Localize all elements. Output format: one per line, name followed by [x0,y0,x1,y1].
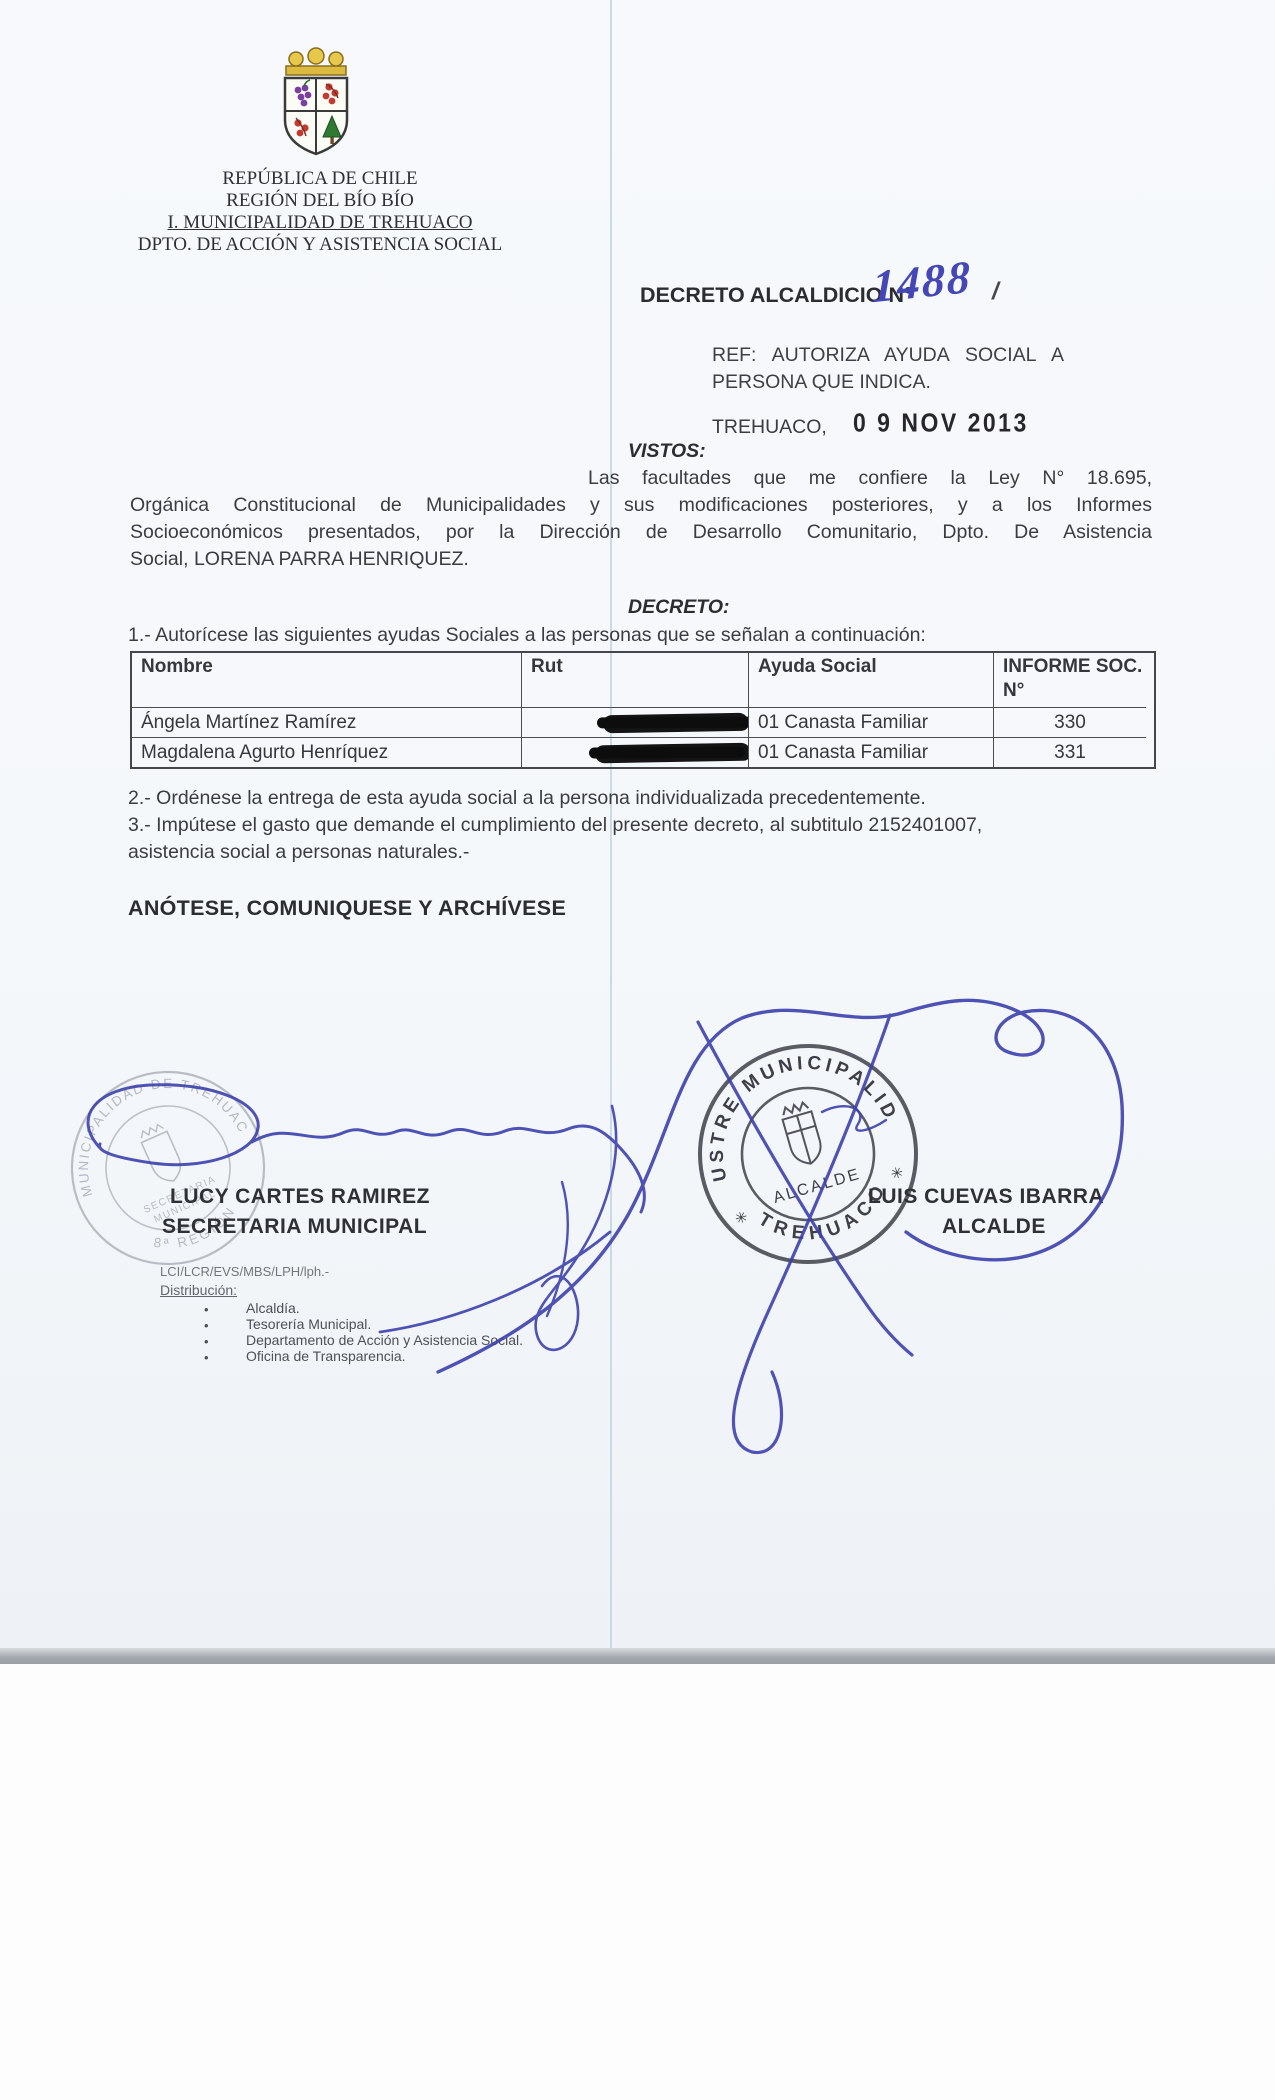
ref-line-2: PERSONA QUE INDICA. [712,371,931,394]
table-row-2-informe: 331 [994,738,1146,767]
vistos-line-3: Socioeconómicos presentados, por la Dire… [130,521,1152,544]
bullet-icon: • [204,1302,209,1317]
table-row-2-rut [522,738,749,767]
redacted-rut-bar [603,713,749,734]
decreto-item-3a: 3.- Impútese el gasto que demande el cum… [128,814,982,837]
decree-number-handwritten: 1488 [872,250,971,314]
table-row-1-rut [522,708,749,738]
letterhead-line-4: DPTO. DE ACCIÓN Y ASISTENCIA SOCIAL [110,234,530,256]
distribution-item-4: Oficina de Transparencia. [246,1348,406,1364]
decreto-item-1: 1.- Autorícese las siguientes ayudas Soc… [128,624,926,647]
table-row-1-nombre: Ángela Martínez Ramírez [132,708,522,738]
table-header-nombre: Nombre [132,653,522,708]
letterhead-line-3: I. MUNICIPALIDAD DE TREHUACO [110,212,530,234]
right-stamp-star-right: ✳ [889,1164,906,1184]
coat-of-arms-icon [276,42,356,160]
table-row-1-ayuda: 01 Canasta Familiar [749,708,994,738]
bullet-icon: • [204,1350,209,1365]
table-header-ayuda: Ayuda Social [749,653,994,708]
table-row-2-ayuda: 01 Canasta Familiar [749,738,994,767]
distribution-label: Distribución: [160,1282,237,1298]
right-signatory-name: LUIS CUEVAS IBARRA [868,1185,1104,1209]
decreto-label: DECRETO: [628,596,729,619]
initials-line: LCI/LCR/EVS/MBS/LPH/lph.- [160,1264,329,1279]
decreto-item-2: 2.- Ordénese la entrega de esta ayuda so… [128,787,926,810]
distribution-item-1: Alcaldía. [246,1300,300,1316]
ayudas-table: Nombre Rut Ayuda Social INFORME SOC. N° … [130,651,1156,769]
table-header-rut: Rut [522,653,749,708]
left-signatory-title: SECRETARIA MUNICIPAL [162,1215,427,1239]
right-stamp-center: ALCALDE [771,1166,863,1207]
scanner-background [0,1664,1275,2100]
left-signatory-name: LUCY CARTES RAMIREZ [170,1185,430,1209]
vistos-line-2: Orgánica Constitucional de Municipalidad… [130,494,1152,517]
letterhead-line-2: REGIÓN DEL BÍO BÍO [110,190,530,212]
vistos-line-4: Social, LORENA PARRA HENRIQUEZ. [130,548,469,571]
bullet-icon: • [204,1318,209,1333]
table-row-2-nombre: Magdalena Agurto Henríquez [132,738,522,767]
distribution-item-3: Departamento de Acción y Asistencia Soci… [246,1332,523,1348]
scanned-decree-page: REPÚBLICA DE CHILE REGIÓN DEL BÍO BÍO I.… [0,0,1275,2100]
scan-edge-shadow [0,1648,1275,1664]
ref-line-1: REF: AUTORIZA AYUDA SOCIAL A [712,344,1064,367]
letterhead: REPÚBLICA DE CHILE REGIÓN DEL BÍO BÍO I.… [110,168,530,256]
dateline-city: TREHUACO, [712,416,827,439]
bullet-icon: • [204,1334,209,1349]
distribution-item-2: Tesorería Municipal. [246,1316,371,1332]
date-stamp: 0 9 NOV 2013 [853,408,1029,438]
vistos-line-1: Las facultades que me confiere la Ley N°… [588,467,1152,490]
redacted-rut-bar [595,743,749,764]
table-row-1-informe: 330 [994,708,1146,738]
closing-order: ANÓTESE, COMUNIQUESE Y ARCHÍVESE [128,896,566,921]
decreto-item-3b: asistencia social a personas naturales.- [128,841,469,864]
letterhead-line-1: REPÚBLICA DE CHILE [110,168,530,190]
vistos-label: VISTOS: [628,440,706,463]
right-signatory-title: ALCALDE [942,1215,1046,1239]
table-header-informe: INFORME SOC. N° [994,653,1146,708]
right-stamp-star-left: ✳ [733,1208,750,1228]
decree-slash: / [992,278,999,306]
